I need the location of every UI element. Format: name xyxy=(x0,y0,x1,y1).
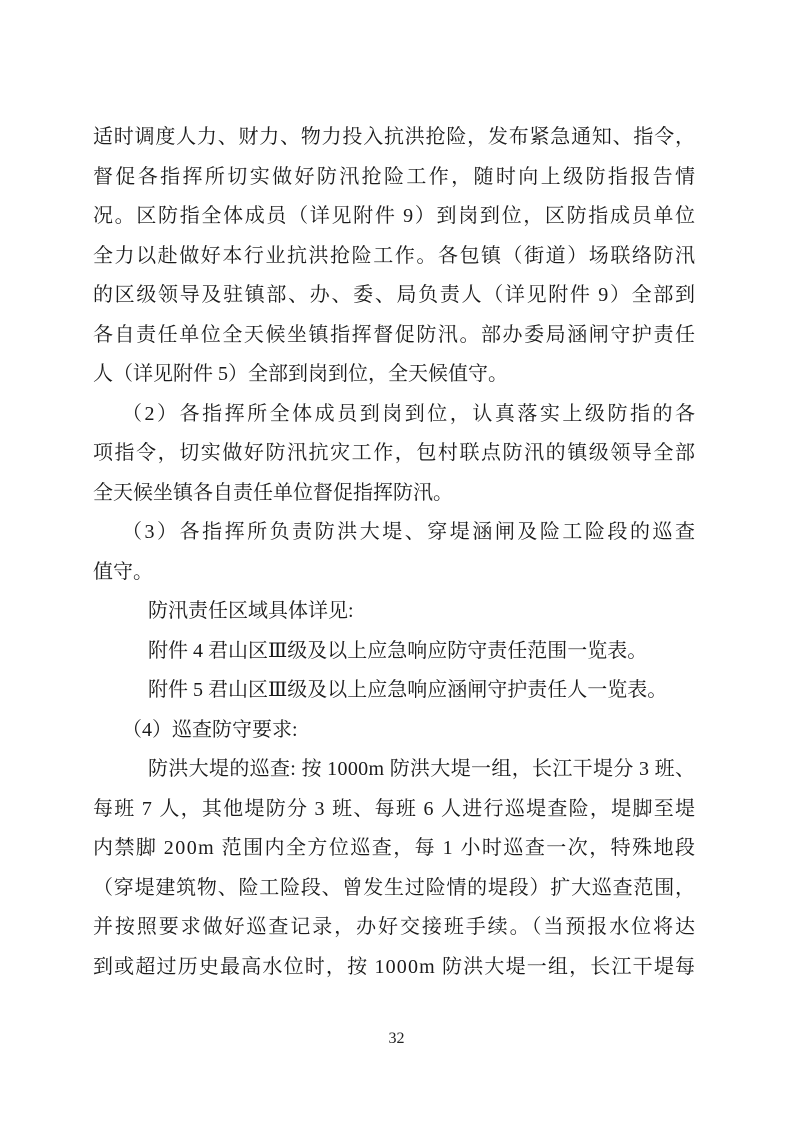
text-line: 各自责任单位全天候坐镇指挥督促防汛。部办委局涵闸守护责任 xyxy=(93,316,695,356)
document-page: 适时调度人力、财力、物力投入抗洪抢险，发布紧急通知、指令，督促各指挥所切实做好防… xyxy=(0,0,793,1122)
text-line: 适时调度人力、财力、物力投入抗洪抢险，发布紧急通知、指令， xyxy=(93,118,695,158)
text-line: （4）巡查防守要求: xyxy=(93,711,695,751)
text-line: 防汛责任区域具体详见: xyxy=(93,592,695,632)
text-line: 督促各指挥所切实做好防汛抢险工作，随时向上级防指报告情 xyxy=(93,158,695,198)
text-line: （2）各指挥所全体成员到岗到位，认真落实上级防指的各 xyxy=(93,395,695,435)
text-line: 并按照要求做好巡查记录，办好交接班手续。（当预报水位将达 xyxy=(93,908,695,948)
text-line: （3）各指挥所负责防洪大堤、穿堤涵闸及险工险段的巡查 xyxy=(93,513,695,553)
text-line: 全天候坐镇各自责任单位督促指挥防汛。 xyxy=(93,474,695,514)
text-line: 附件 4 君山区Ⅲ级及以上应急响应防守责任范围一览表。 xyxy=(93,632,695,672)
body-text: 适时调度人力、财力、物力投入抗洪抢险，发布紧急通知、指令，督促各指挥所切实做好防… xyxy=(93,118,695,987)
text-line: 的区级领导及驻镇部、办、委、局负责人（详见附件 9）全部到 xyxy=(93,276,695,316)
text-line: 附件 5 君山区Ⅲ级及以上应急响应涵闸守护责任人一览表。 xyxy=(93,671,695,711)
text-line: 每班 7 人，其他堤防分 3 班、每班 6 人进行巡堤查险，堤脚至堤 xyxy=(93,790,695,830)
text-line: 项指令，切实做好防汛抗灾工作，包村联点防汛的镇级领导全部 xyxy=(93,434,695,474)
text-line: 人（详见附件 5）全部到岗到位，全天候值守。 xyxy=(93,355,695,395)
text-line: （穿堤建筑物、险工险段、曾发生过险情的堤段）扩大巡查范围， xyxy=(93,869,695,909)
text-line: 到或超过历史最高水位时，按 1000m 防洪大堤一组，长江干堤每 xyxy=(93,948,695,988)
text-line: 值守。 xyxy=(93,553,695,593)
text-line: 内禁脚 200m 范围内全方位巡查，每 1 小时巡查一次，特殊地段 xyxy=(93,829,695,869)
text-line: 防洪大堤的巡查: 按 1000m 防洪大堤一组，长江干堤分 3 班、 xyxy=(93,750,695,790)
text-line: 全力以赴做好本行业抗洪抢险工作。各包镇（街道）场联络防汛 xyxy=(93,237,695,277)
text-line: 况。区防指全体成员（详见附件 9）到岗到位，区防指成员单位 xyxy=(93,197,695,237)
page-number: 32 xyxy=(0,1028,793,1050)
